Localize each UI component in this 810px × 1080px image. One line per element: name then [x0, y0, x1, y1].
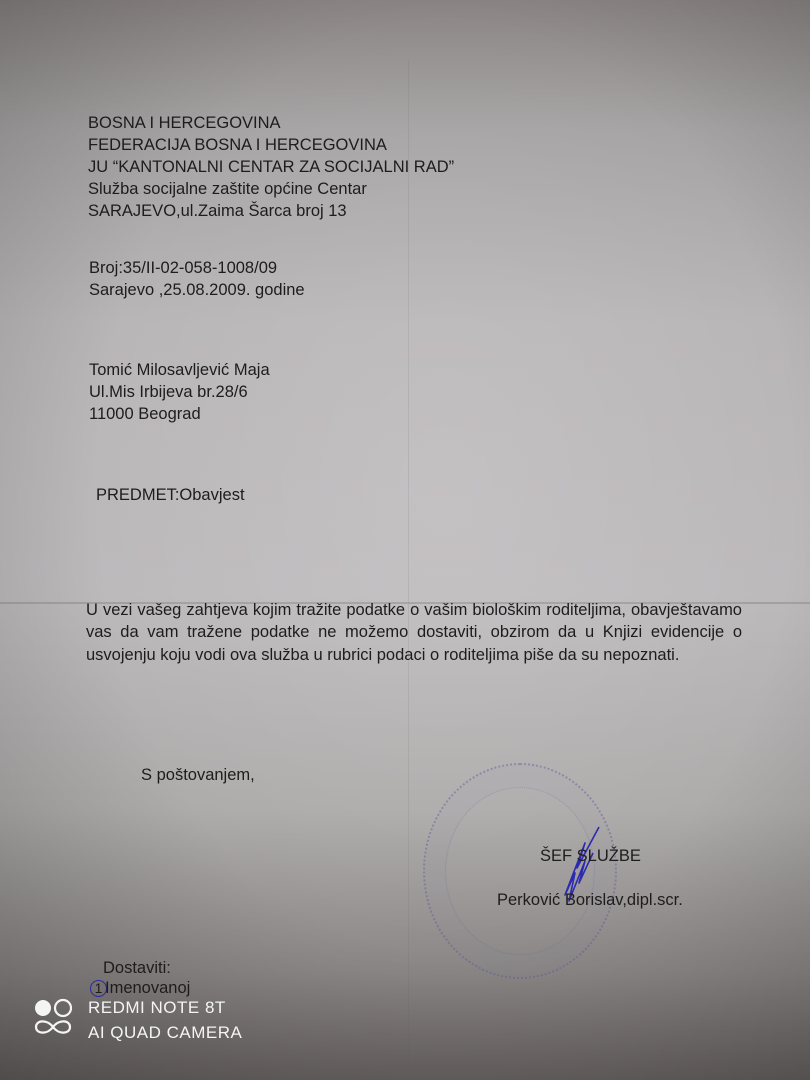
reference-block: Broj:35/II-02-058-1008/09 Sarajevo ,25.0… — [89, 257, 305, 301]
delivery-item: 1Imenovanoj — [90, 977, 190, 999]
camera-type-watermark: AI QUAD CAMERA — [88, 1023, 242, 1043]
subject-line: PREDMET:Obavjest — [96, 484, 245, 506]
letterhead-address: SARAJEVO,ul.Zaima Šarca broj 13 — [88, 200, 454, 222]
signatory-name: Perković Borislav,dipl.scr. — [497, 889, 683, 911]
closing-salutation: S poštovanjem, — [141, 764, 255, 786]
recipient-name: Tomić Milosavljević Maja — [89, 359, 270, 381]
letter-body: U vezi vašeg zahtjeva kojim tražite poda… — [86, 599, 742, 666]
recipient-address: Tomić Milosavljević Maja Ul.Mis Irbijeva… — [89, 359, 270, 425]
letterhead-federation: FEDERACIJA BOSNA I HERCEGOVINA — [88, 134, 454, 156]
letterhead-institution: JU “KANTONALNI CENTAR ZA SOCIJALNI RAD” — [88, 156, 454, 178]
delivery-label: Dostaviti: — [103, 957, 171, 979]
quad-camera-logo-icon — [33, 997, 75, 1039]
letterhead: BOSNA I HERCEGOVINA FEDERACIJA BOSNA I H… — [88, 112, 454, 222]
camera-model-watermark: REDMI NOTE 8T — [88, 998, 226, 1018]
reference-number: Broj:35/II-02-058-1008/09 — [89, 257, 305, 279]
letterhead-country: BOSNA I HERCEGOVINA — [88, 112, 454, 134]
letterhead-department: Služba socijalne zaštite općine Centar — [88, 178, 454, 200]
delivery-item-text: Imenovanoj — [105, 979, 190, 997]
recipient-city: 11000 Beograd — [89, 403, 270, 425]
place-date: Sarajevo ,25.08.2009. godine — [89, 279, 305, 301]
recipient-street: Ul.Mis Irbijeva br.28/6 — [89, 381, 270, 403]
signatory-title: ŠEF SLUŽBE — [540, 845, 641, 867]
